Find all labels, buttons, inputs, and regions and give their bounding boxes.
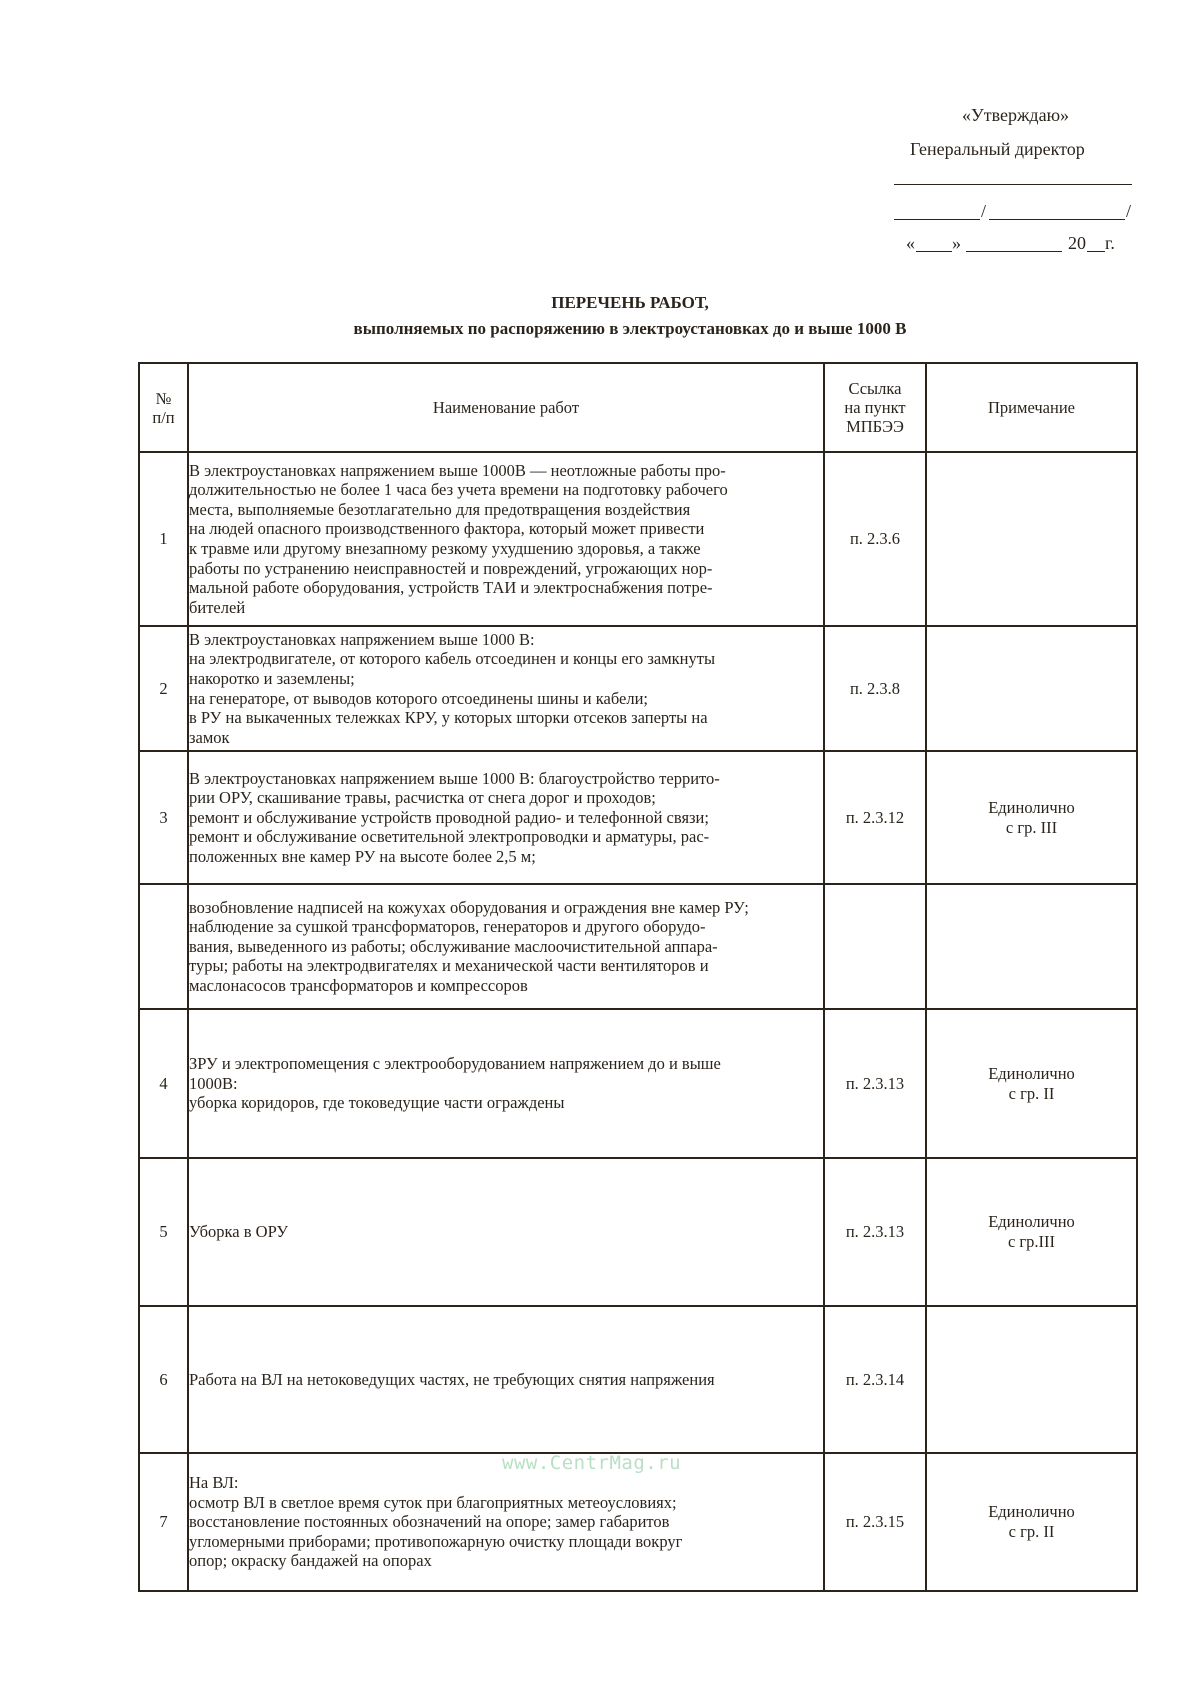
table-row: возобновление надписей на кожухах оборуд… (139, 884, 1137, 1009)
work-description: возобновление надписей на кожухах оборуд… (188, 884, 824, 1009)
table-header-row: № п/п Наименование работ Ссылка на пункт… (139, 363, 1137, 452)
rule-reference (824, 884, 926, 1009)
works-table: № п/п Наименование работ Ссылка на пункт… (138, 362, 1138, 1592)
name-blank (989, 219, 1125, 220)
month-blank (966, 251, 1062, 252)
row-number: 6 (139, 1306, 188, 1453)
work-description: В электроустановках напряжением выше 100… (188, 626, 824, 751)
row-number: 7 (139, 1453, 188, 1591)
rule-reference: п. 2.3.13 (824, 1009, 926, 1158)
work-description: В электроустановках напряжением выше 100… (188, 751, 824, 884)
row-number: 4 (139, 1009, 188, 1158)
row-number: 1 (139, 452, 188, 626)
signature-blank (894, 219, 980, 220)
work-description: Работа на ВЛ на нетоковедущих частях, не… (188, 1306, 824, 1453)
signature-slash: / (981, 200, 986, 222)
date-close-quote: » (952, 232, 961, 254)
work-description: Уборка в ОРУ (188, 1158, 824, 1306)
rule-reference: п. 2.3.8 (824, 626, 926, 751)
row-note: Единолично с гр. III (926, 751, 1137, 884)
table-row: 4ЗРУ и электропомещения с электрооборудо… (139, 1009, 1137, 1158)
year-blank (1087, 251, 1105, 252)
row-note: Единолично с гр.III (926, 1158, 1137, 1306)
work-description: В электроустановках напряжением выше 100… (188, 452, 824, 626)
rule-reference: п. 2.3.15 (824, 1453, 926, 1591)
row-note (926, 626, 1137, 751)
date-open-quote: « (906, 232, 915, 254)
year-suffix: г. (1105, 232, 1115, 254)
row-number: 2 (139, 626, 188, 751)
header-num: № п/п (139, 363, 188, 452)
work-description: На ВЛ: осмотр ВЛ в светлое время суток п… (188, 1453, 824, 1591)
header-note: Примечание (926, 363, 1137, 452)
table-row: 6Работа на ВЛ на нетоковедущих частях, н… (139, 1306, 1137, 1453)
rule-reference: п. 2.3.13 (824, 1158, 926, 1306)
row-note (926, 452, 1137, 626)
approval-title: «Утверждаю» (962, 104, 1069, 126)
approver-role: Генеральный директор (910, 138, 1085, 160)
table-row: 7На ВЛ: осмотр ВЛ в светлое время суток … (139, 1453, 1137, 1591)
header-ref: Ссылка на пункт МПБЭЭ (824, 363, 926, 452)
table-row: 2В электроустановках напряжением выше 10… (139, 626, 1137, 751)
row-note: Единолично с гр. II (926, 1453, 1137, 1591)
rule-reference: п. 2.3.12 (824, 751, 926, 884)
table-row: 5Уборка в ОРУп. 2.3.13Единолично с гр.II… (139, 1158, 1137, 1306)
row-note (926, 884, 1137, 1009)
table-row: 1В электроустановках напряжением выше 10… (139, 452, 1137, 626)
rule-reference: п. 2.3.14 (824, 1306, 926, 1453)
approval-date-row: « » 20 г. (906, 232, 1146, 254)
row-note: Единолично с гр. II (926, 1009, 1137, 1158)
rule-reference: п. 2.3.6 (824, 452, 926, 626)
row-number (139, 884, 188, 1009)
document-subtitle: выполняемых по распоряжению в электроуст… (0, 319, 1200, 339)
year-prefix: 20 (1068, 232, 1086, 254)
work-description: ЗРУ и электропомещения с электрооборудов… (188, 1009, 824, 1158)
table-row: 3В электроустановках напряжением выше 10… (139, 751, 1137, 884)
signature-row: / / (894, 200, 1134, 222)
day-blank (916, 251, 952, 252)
signature-slash-end: / (1126, 200, 1131, 222)
row-note (926, 1306, 1137, 1453)
header-name: Наименование работ (188, 363, 824, 452)
row-number: 3 (139, 751, 188, 884)
row-number: 5 (139, 1158, 188, 1306)
document-title: ПЕРЕЧЕНЬ РАБОТ, (0, 293, 1200, 313)
signature-blank-line (894, 184, 1132, 185)
